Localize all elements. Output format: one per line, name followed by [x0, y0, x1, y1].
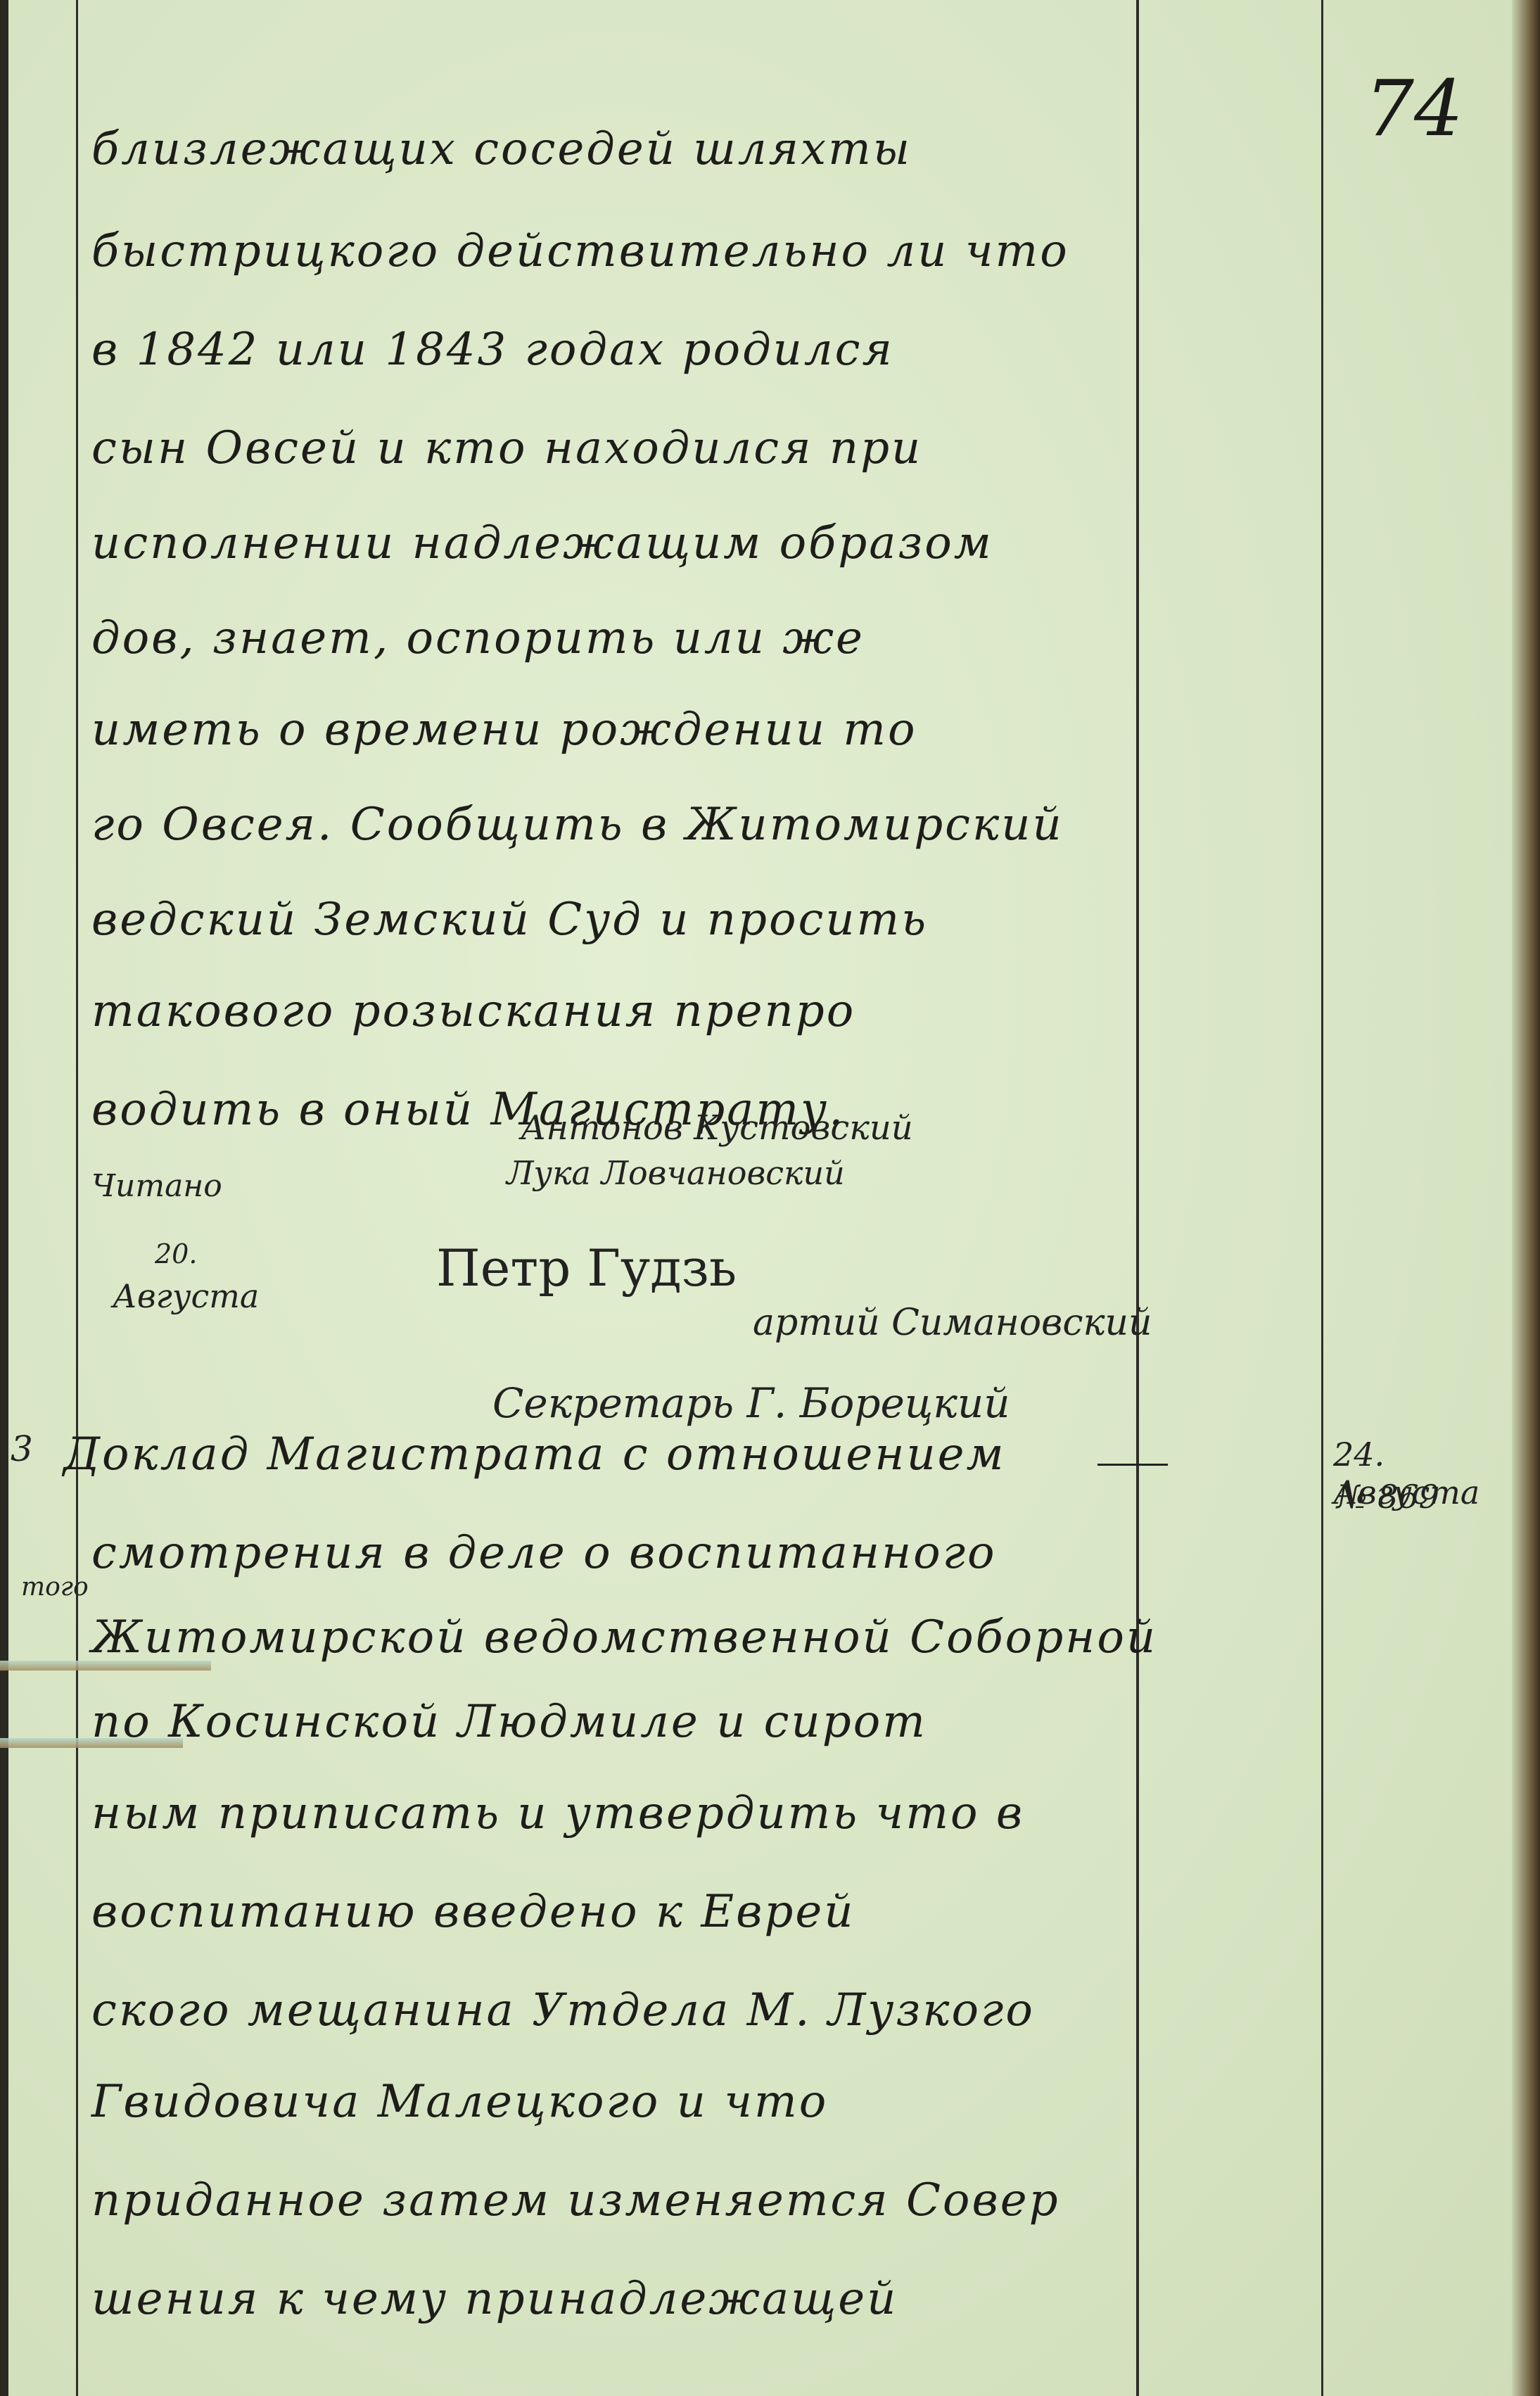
body-line: такового розыскания препро: [91, 985, 1126, 1037]
body-line: исполнении надлежащим образом: [91, 517, 1126, 569]
signature-1: Антонов Кустовский: [521, 1108, 913, 1148]
entry-line: смотрения в деле о воспитанного: [91, 1527, 1126, 1579]
archival-document-page: 74 близлежащих соседей шляхты быстрицког…: [0, 0, 1540, 2396]
body-line: сын Овсей и кто находился при: [91, 422, 1126, 474]
entry-line: ным приписать и утвердить что в: [91, 1787, 1126, 1839]
margin-day: 20.: [155, 1238, 197, 1269]
page-binding-edge: [0, 0, 8, 2396]
margin-note-tog: того: [21, 1573, 89, 1602]
item-number: 3: [11, 1428, 33, 1469]
entry-line: приданное затем изменяется Совер: [91, 2174, 1126, 2226]
binding-thread: [0, 1661, 211, 1671]
body-line: иметь о времени рождении то: [91, 704, 1126, 756]
body-line: ведский Земский Суд и просить: [91, 894, 1126, 946]
secretary-signature: Секретарь Г. Борецкий: [492, 1379, 1010, 1427]
entry-line: шения к чему принадлежащей: [91, 2273, 1126, 2325]
entry-line: Гвидовича Малецкого и что: [91, 2076, 1126, 2128]
margin-month: Августа: [113, 1277, 259, 1315]
signature-4: артий Симановский: [753, 1302, 1152, 1344]
body-line: дов, знает, оспорить или же: [91, 612, 1126, 664]
entry-line: ского мещанина Утдела М. Лузкого: [91, 1984, 1126, 2036]
right-column-rule: [1136, 0, 1139, 2396]
far-right-column-rule: [1321, 0, 1323, 2396]
page-number: 74: [1365, 63, 1463, 153]
signature-2: Лука Ловчановский: [507, 1154, 845, 1192]
binding-thread: [0, 1738, 183, 1748]
body-line: го Овсея. Сообщить в Житомирский: [91, 799, 1126, 851]
entry-line: Доклад Магистрата с отношением: [63, 1428, 1097, 1481]
page-right-edge-shadow: [1512, 0, 1540, 2396]
body-line: в 1842 или 1843 годах родился: [91, 324, 1126, 376]
margin-right-number: № 869: [1337, 1478, 1439, 1516]
left-margin-rule: [76, 0, 78, 2396]
signature-3: Петр Гудзь: [436, 1238, 737, 1298]
body-line: быстрицкого действительно ли что: [91, 225, 1126, 277]
body-line: близлежащих соседей шляхты: [91, 123, 1126, 175]
entry-line: Житомирской ведомственной Соборной: [91, 1611, 1126, 1663]
entry-line: воспитанию введено к Еврей: [91, 1886, 1126, 1938]
entry-dash: [1097, 1464, 1168, 1466]
entry-line: по Косинской Людмиле и сирот: [91, 1696, 1126, 1748]
margin-read-label: Читано: [91, 1168, 222, 1204]
